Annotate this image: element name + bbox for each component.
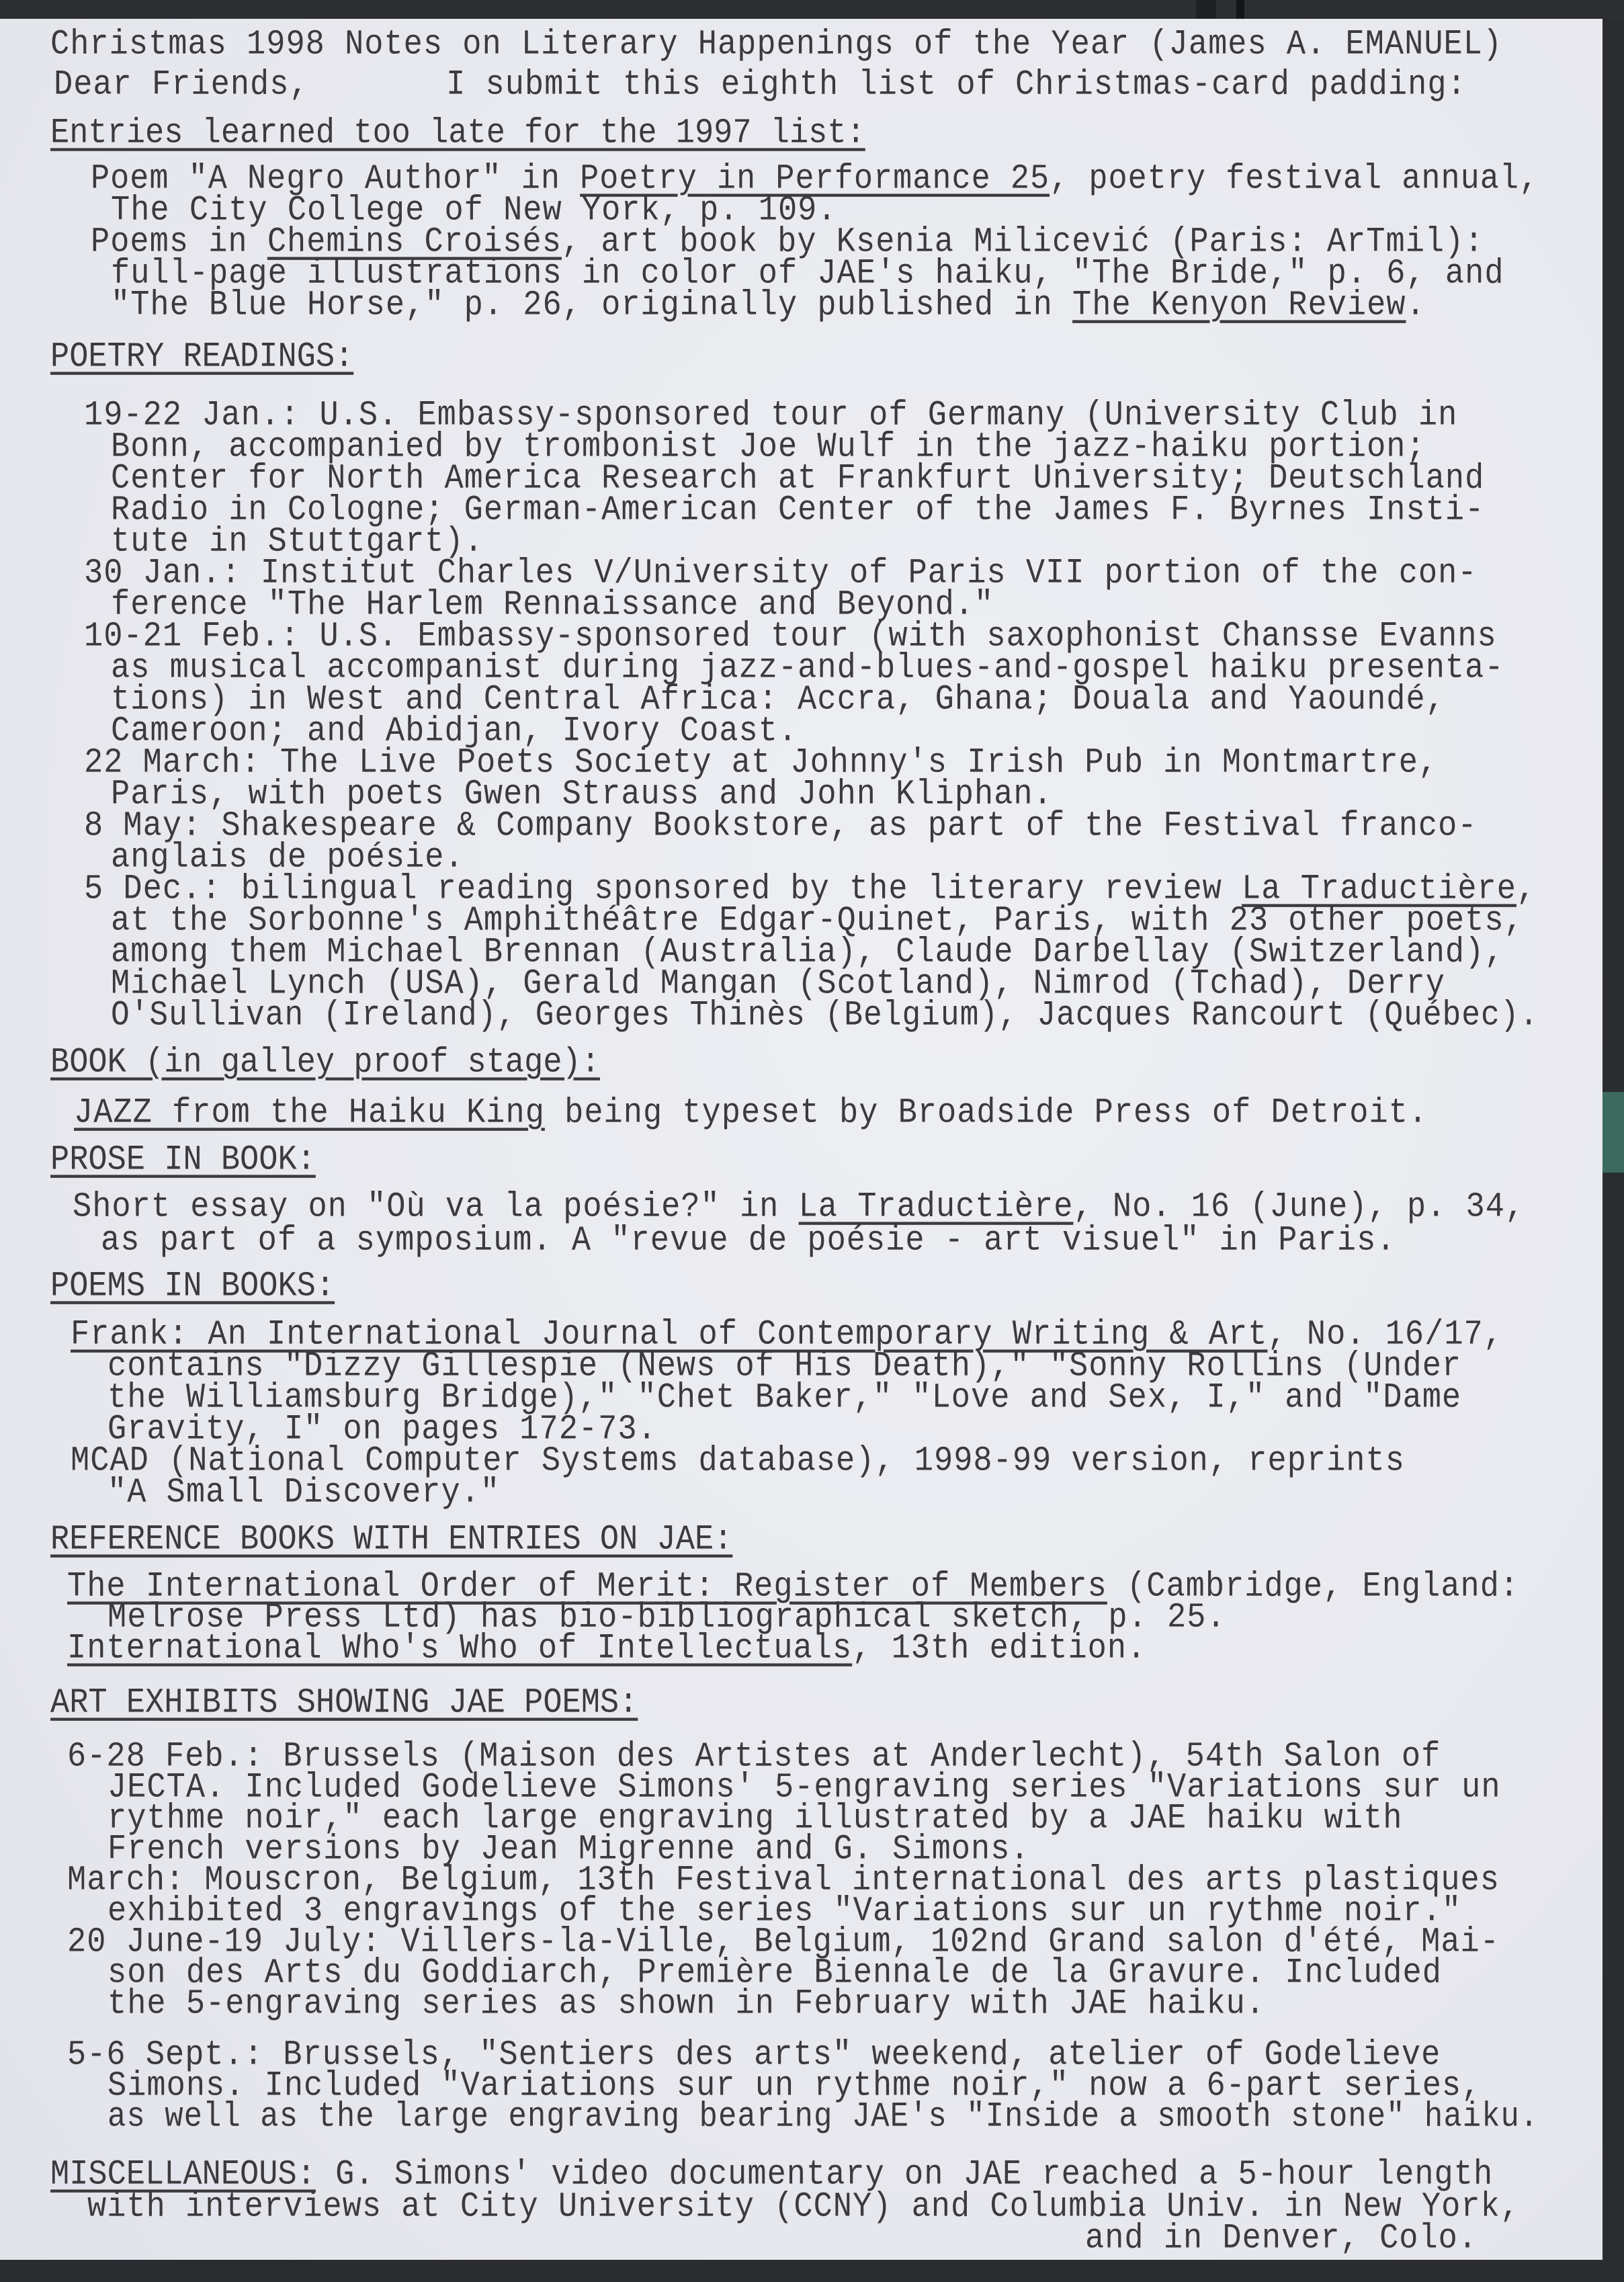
entry-text: "The Blue Horse," p. 26, originally publ… xyxy=(111,286,1072,325)
entry-line: International Who's Who of Intellectuals… xyxy=(67,1631,1146,1668)
entry-text: the 5-engraving series as shown in Febru… xyxy=(108,1985,1265,2024)
document-title: Christmas 1998 Notes on Literary Happeni… xyxy=(50,27,1502,64)
section-heading: POETRY READINGS: xyxy=(50,339,353,376)
entry-line: and in Denver, Colo. xyxy=(1085,2221,1478,2258)
title-text: Christmas 1998 Notes on Literary Happeni… xyxy=(50,26,1502,65)
entry-line: as well as the large engraving bearing J… xyxy=(108,2099,1539,2136)
section-heading: BOOK (in galley proof stage): xyxy=(50,1045,600,1082)
page-tab xyxy=(1602,1092,1624,1173)
section-heading-text: REFERENCE BOOKS WITH ENTRIES ON JAE: xyxy=(50,1521,732,1560)
underlined-title: The Kenyon Review xyxy=(1072,286,1406,325)
entry-line: O'Sullivan (Ireland), Georges Thinès (Be… xyxy=(111,998,1539,1035)
entry-line: as part of a symposium. A "revue de poés… xyxy=(101,1223,1396,1260)
scanner-border-top xyxy=(0,0,1624,19)
section-heading-text: ART EXHIBITS SHOWING JAE POEMS: xyxy=(50,1684,638,1723)
entry-line: Short essay on "Où va la poésie?" in La … xyxy=(73,1189,1525,1226)
scanner-border-bottom xyxy=(0,2260,1624,2282)
entry-text: , 13th edition. xyxy=(852,1630,1146,1668)
underlined-title: International Who's Who of Intellectuals xyxy=(67,1630,852,1668)
entry-text: and in Denver, Colo. xyxy=(1085,2220,1478,2258)
section-heading-text: POETRY READINGS: xyxy=(50,338,353,377)
section-heading-text: Entries learned too late for the 1997 li… xyxy=(50,114,865,153)
salutation-line: Dear Friends, I submit this eighth list … xyxy=(54,67,1467,104)
salutation: Dear Friends, xyxy=(54,66,309,105)
section-heading-text: POEMS IN BOOKS: xyxy=(50,1267,335,1306)
entry-line: "The Blue Horse," p. 26, originally publ… xyxy=(111,288,1426,325)
entry-text: . xyxy=(1406,286,1426,325)
entry-text: being typeset by Broadside Press of Detr… xyxy=(545,1094,1428,1133)
entry-line: the 5-engraving series as shown in Febru… xyxy=(108,1986,1265,2023)
section-heading: Entries learned too late for the 1997 li… xyxy=(50,116,865,153)
section-heading-text: PROSE IN BOOK: xyxy=(50,1141,316,1180)
entry-line: "A Small Discovery." xyxy=(108,1475,500,1512)
spacer xyxy=(309,66,446,105)
section-heading: PROSE IN BOOK: xyxy=(50,1142,316,1179)
section-heading: ART EXHIBITS SHOWING JAE POEMS: xyxy=(50,1685,638,1722)
section-heading: REFERENCE BOOKS WITH ENTRIES ON JAE: xyxy=(50,1522,732,1559)
intro-text: I submit this eighth list of Christmas-c… xyxy=(446,66,1467,105)
entry-text: O'Sullivan (Ireland), Georges Thinès (Be… xyxy=(111,997,1539,1036)
entry-text: as part of a symposium. A "revue de poés… xyxy=(101,1222,1396,1261)
entry-text: as well as the large engraving bearing J… xyxy=(108,2098,1539,2137)
section-heading-text: BOOK (in galley proof stage): xyxy=(50,1044,600,1083)
entry-text: , poetry festival annual, xyxy=(1050,160,1539,199)
underlined-title: JAZZ from the Haiku King xyxy=(74,1094,545,1133)
entry-text: "A Small Discovery." xyxy=(108,1474,500,1513)
section-heading: POEMS IN BOOKS: xyxy=(50,1269,335,1306)
entry-line: JAZZ from the Haiku King being typeset b… xyxy=(74,1095,1428,1132)
